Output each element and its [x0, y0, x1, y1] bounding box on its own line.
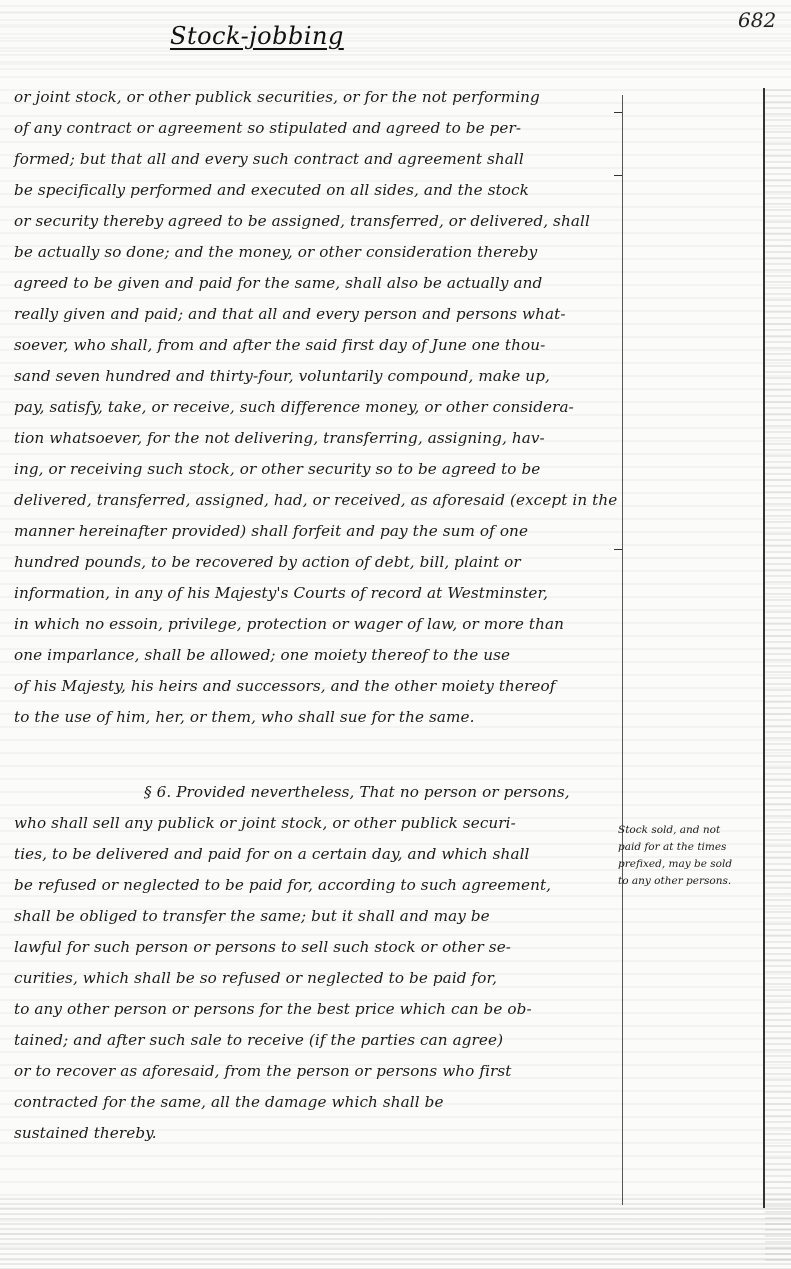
text-line: sand seven hundred and thirty-four, volu…: [14, 361, 620, 392]
text-line: contracted for the same, all the damage …: [14, 1087, 620, 1118]
text-line: tained; and after such sale to receive (…: [14, 1025, 620, 1056]
text-line: lawful for such person or persons to sel…: [14, 932, 620, 963]
text-line: who shall sell any publick or joint stoc…: [14, 808, 620, 839]
scan-noise-top: [0, 0, 791, 70]
page-number: 682: [738, 8, 776, 32]
text-line: soever, who shall, from and after the sa…: [14, 330, 620, 361]
text-line: one imparlance, shall be allowed; one mo…: [14, 640, 620, 671]
text-line: in which no essoin, privilege, protectio…: [14, 609, 620, 640]
text-line: to any other person or persons for the b…: [14, 994, 620, 1025]
text-line: ties, to be delivered and paid for on a …: [14, 839, 620, 870]
body-text: or joint stock, or other publick securit…: [14, 82, 620, 1149]
text-line: manner hereinafter provided) shall forfe…: [14, 516, 620, 547]
margin-note-line: Stock sold, and not: [618, 822, 768, 839]
text-line: agreed to be given and paid for the same…: [14, 268, 620, 299]
text-line: formed; but that all and every such cont…: [14, 144, 620, 175]
manuscript-page: Stock-jobbing 682 or joint stock, or oth…: [0, 0, 791, 1269]
scan-noise-bottom: [0, 1195, 791, 1269]
text-line: be refused or neglected to be paid for, …: [14, 870, 620, 901]
text-line: ing, or receiving such stock, or other s…: [14, 454, 620, 485]
paragraph-gap: [14, 733, 620, 777]
text-line: tion whatsoever, for the not delivering,…: [14, 423, 620, 454]
margin-note-line: to any other persons.: [618, 873, 768, 890]
scan-noise-right-edge: [765, 85, 791, 1265]
text-line: of any contract or agreement so stipulat…: [14, 113, 620, 144]
section-heading-line: § 6. Provided nevertheless, That no pers…: [14, 777, 620, 808]
text-line: of his Majesty, his heirs and successors…: [14, 671, 620, 702]
text-line: delivered, transferred, assigned, had, o…: [14, 485, 620, 516]
margin-note-line: paid for at the times: [618, 839, 768, 856]
text-line: hundred pounds, to be recovered by actio…: [14, 547, 620, 578]
text-line: curities, which shall be so refused or n…: [14, 963, 620, 994]
margin-rule: [622, 95, 623, 1205]
text-line: sustained thereby.: [14, 1118, 620, 1149]
text-line: pay, satisfy, take, or receive, such dif…: [14, 392, 620, 423]
text-line: or to recover as aforesaid, from the per…: [14, 1056, 620, 1087]
outer-margin-rule: [763, 88, 765, 1208]
page-title: Stock-jobbing: [170, 22, 344, 50]
text-line: shall be obliged to transfer the same; b…: [14, 901, 620, 932]
text-line: to the use of him, her, or them, who sha…: [14, 702, 620, 733]
text-line: or security thereby agreed to be assigne…: [14, 206, 620, 237]
text-line: really given and paid; and that all and …: [14, 299, 620, 330]
margin-note-line: prefixed, may be sold: [618, 856, 768, 873]
text-line: be actually so done; and the money, or o…: [14, 237, 620, 268]
text-line: be specifically performed and executed o…: [14, 175, 620, 206]
margin-note: Stock sold, and not paid for at the time…: [618, 822, 768, 890]
text-line: information, in any of his Majesty's Cou…: [14, 578, 620, 609]
text-line: or joint stock, or other publick securit…: [14, 82, 620, 113]
